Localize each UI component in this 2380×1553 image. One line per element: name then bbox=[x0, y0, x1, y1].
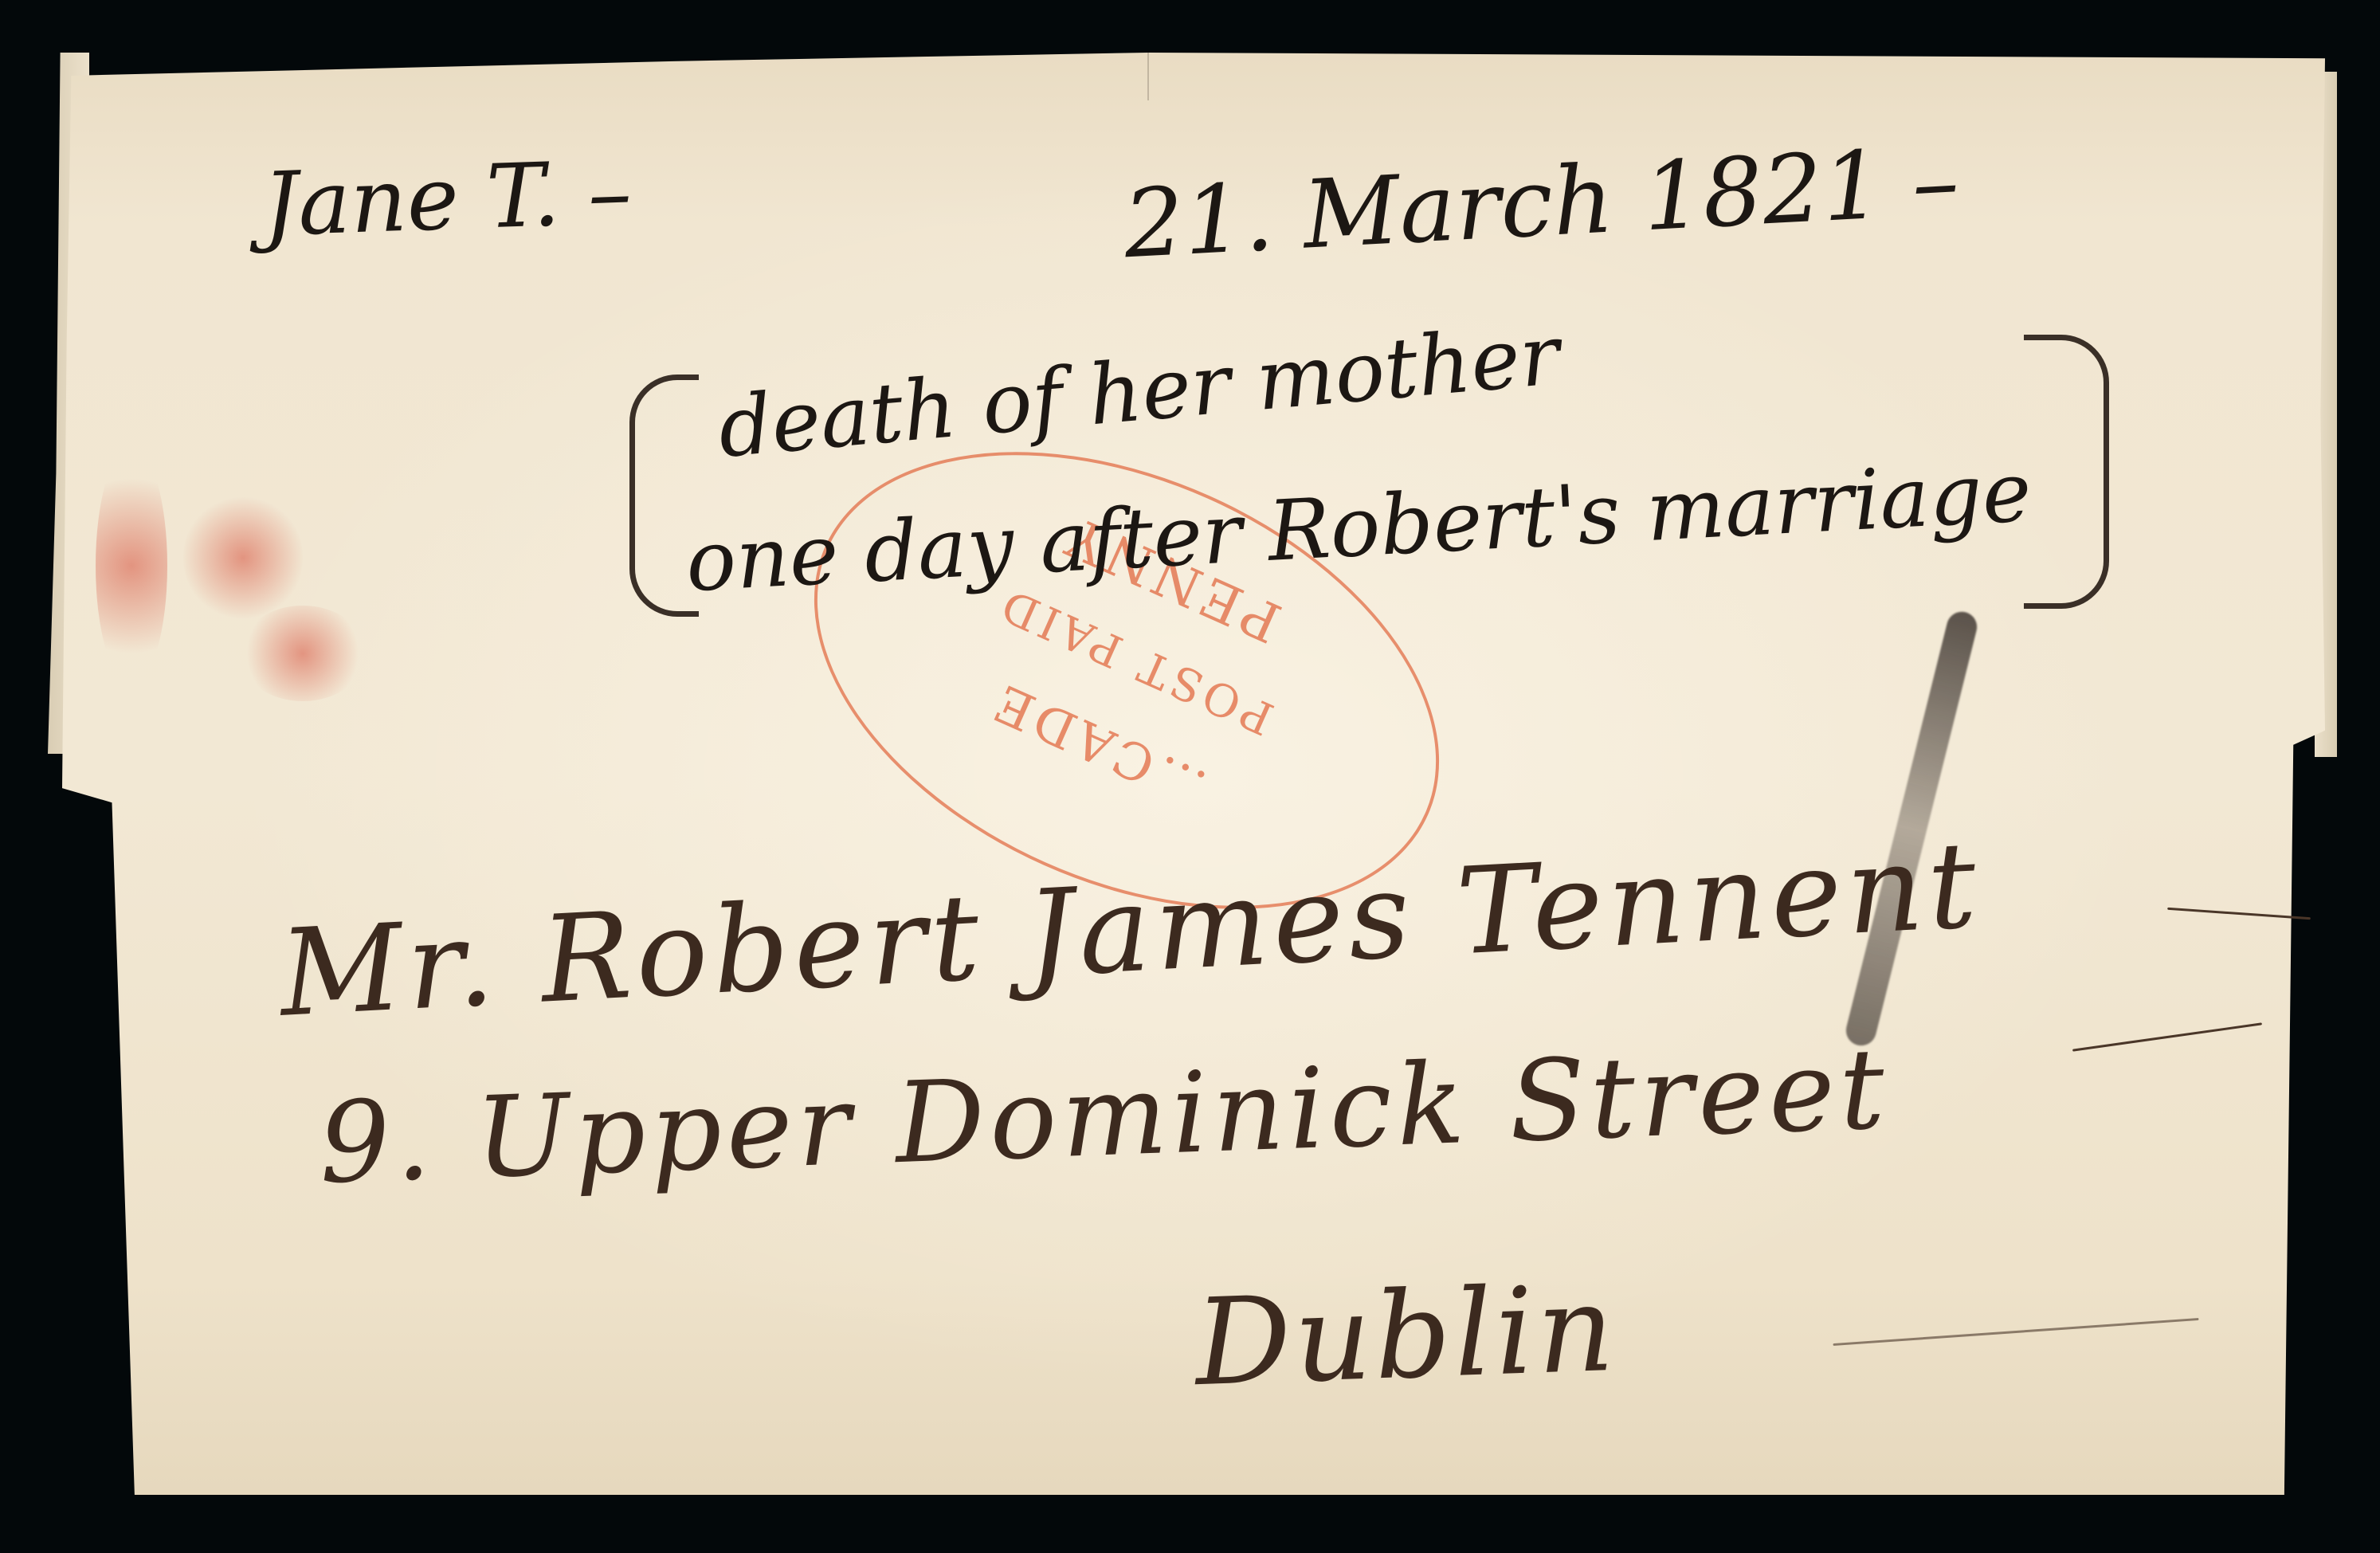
address-line-3: Dublin bbox=[1193, 1260, 1619, 1413]
red-offset-mark bbox=[183, 494, 303, 622]
right-bracket bbox=[2024, 335, 2109, 609]
red-offset-mark bbox=[239, 606, 367, 701]
recipient-note: Jane T. – bbox=[261, 141, 633, 256]
red-offset-mark bbox=[96, 446, 167, 685]
top-crease bbox=[1147, 53, 1149, 100]
